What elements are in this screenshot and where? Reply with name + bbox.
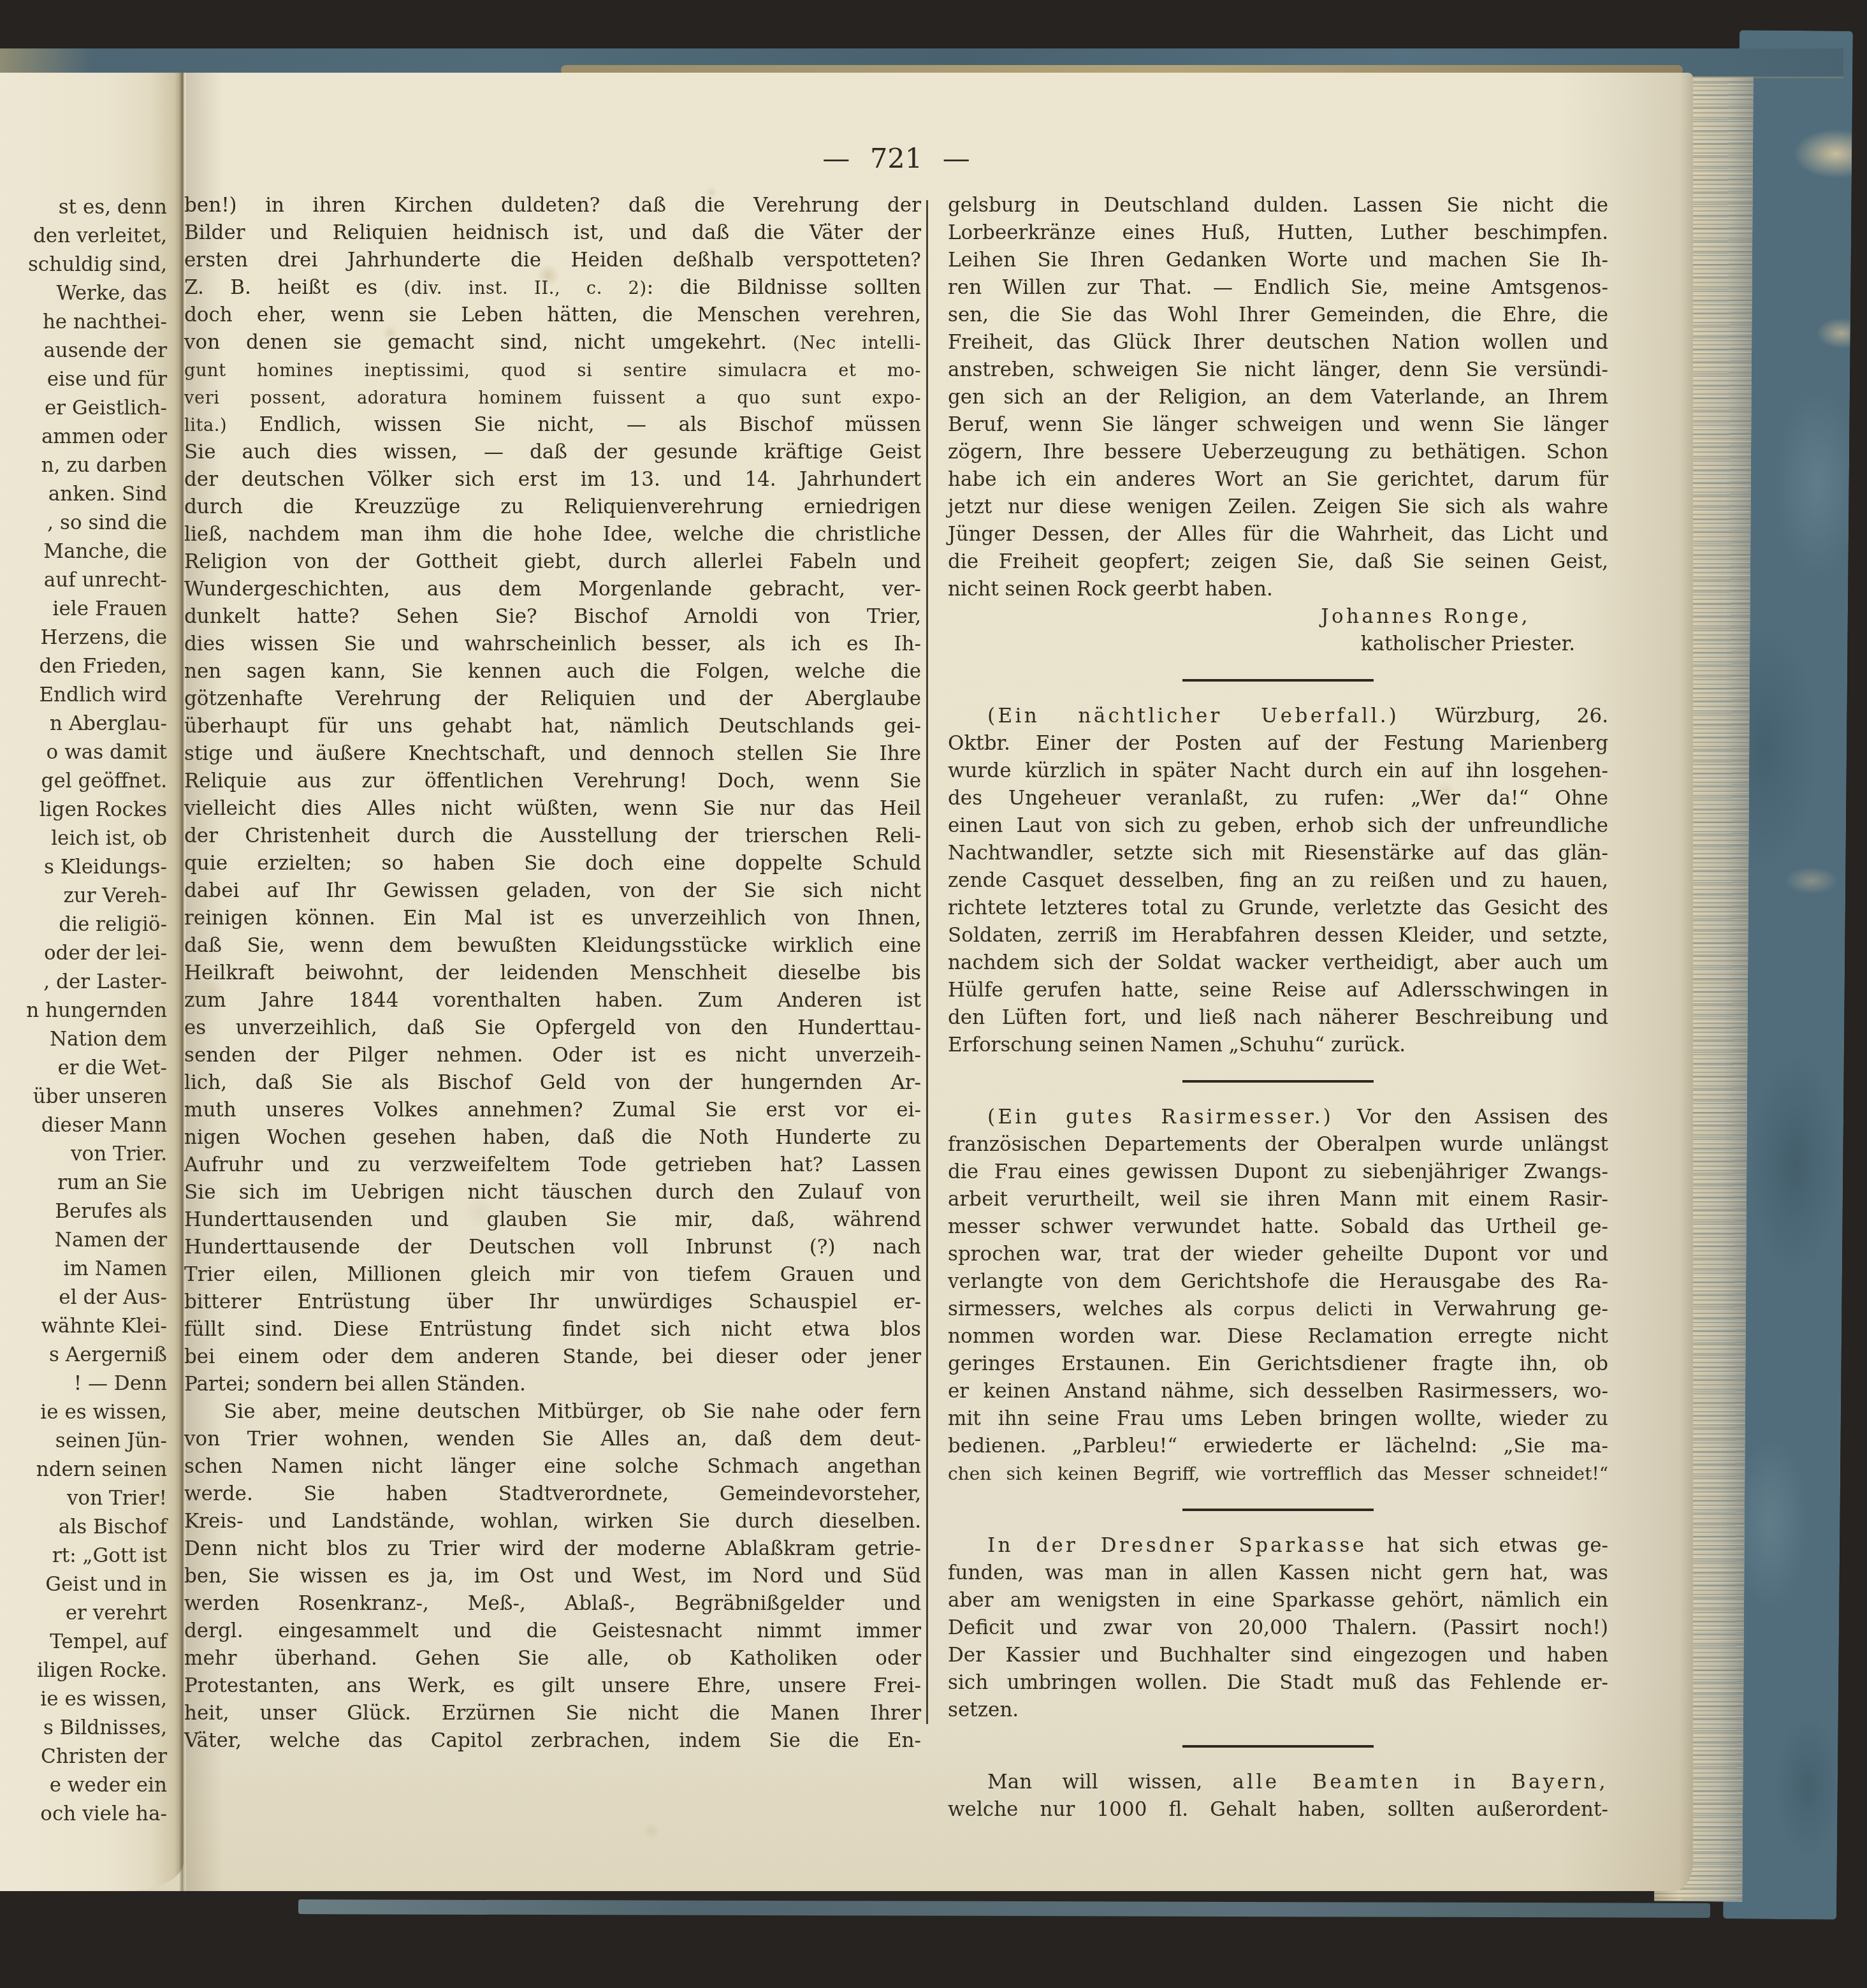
text-line: richtete letzteres total zu Grunde, verl… (948, 895, 1608, 922)
section-divider-rule (948, 1487, 1608, 1532)
text-segment: Man will wissen, (987, 1771, 1233, 1794)
divider-rule-mark (1182, 1745, 1374, 1748)
text-line: ben!) in ihren Kirchen duldeten? daß die… (184, 192, 921, 219)
facing-page-line-fragment: von Trier. (0, 1140, 167, 1169)
text-line: Soldaten, zerriß im Herabfahren dessen K… (948, 922, 1608, 949)
text-line: Leihen Sie Ihren Gedanken Worte und mach… (948, 247, 1608, 274)
facing-page-line-fragment: von Trier! (0, 1484, 167, 1513)
text-line: setzen. (948, 1697, 1608, 1724)
text-line: von Trier wohnen, wenden Sie Alles an, d… (184, 1426, 921, 1453)
text-line: Kreis- und Landstände, wohlan, wirken Si… (184, 1508, 921, 1535)
text-line: vielleicht dies Alles nicht wüßten, wenn… (184, 795, 921, 822)
text-line: Heilkraft beiwohnt, der leidenden Mensch… (184, 960, 921, 987)
text-line: Deficit und zwar von 20,000 Thalern. (Pa… (948, 1614, 1608, 1642)
text-line: geringes Erstaunen. Ein Gerichtsdiener f… (948, 1350, 1608, 1378)
facing-page-line-fragment: auf unrecht- (0, 566, 167, 595)
text-line: Protestanten, ans Werk, es gilt unsere E… (184, 1672, 921, 1700)
text-line: Hülfe gerufen hatte, seine Reise auf Adl… (948, 977, 1608, 1004)
section-divider-rule (948, 1059, 1608, 1104)
text-line: sirmessers, welches als corpus delicti i… (948, 1296, 1608, 1323)
facing-page-line-fragment: Namen der (0, 1226, 167, 1255)
column-divider-rule (926, 200, 928, 1724)
text-line: Reliquie aus zur öffentlichen Verehrung!… (184, 768, 921, 795)
facing-page-line-fragment: als Bischof (0, 1513, 167, 1542)
divider-rule-mark (1182, 1509, 1374, 1511)
text-line: dunkelt hatte? Sehen Sie? Bischof Arnold… (184, 603, 921, 631)
text-line: doch eher, wenn sie Leben hätten, die Me… (184, 302, 921, 329)
text-line: ließ, nachdem man ihm die hohe Idee, wel… (184, 521, 921, 548)
spaced-text-segment: In der Dresdner Sparkasse (987, 1534, 1367, 1557)
text-line: dies wissen Sie und wahrscheinlich besse… (184, 631, 921, 658)
text-line: es unverzeihlich, daß Sie Opfergeld von … (184, 1014, 921, 1042)
facing-page-line-fragment: Endlich wird (0, 681, 167, 710)
text-line: werde. Sie haben Stadtverordnete, Gemein… (184, 1480, 921, 1508)
facing-page-line-fragment: schuldig sind, (0, 251, 167, 279)
spaced-text-segment: alle Beamten in Bayern, (1233, 1771, 1609, 1794)
text-segment: : die Bildnisse sollten (647, 276, 921, 299)
text-line: sich umbringen wollen. Die Stadt muß das… (948, 1669, 1608, 1697)
text-segment: Z. B. heißt es (184, 276, 404, 299)
text-line: die Freiheit geopfert; zeigen Sie, daß S… (948, 548, 1608, 576)
text-line: In der Dresdner Sparkasse hat sich etwas… (948, 1532, 1608, 1560)
text-line: Sie auch dies wissen, — daß der gesunde … (184, 439, 921, 466)
text-segment: hat sich etwas ge- (1367, 1534, 1608, 1557)
facing-page-line-fragment: Christen der (0, 1743, 167, 1771)
text-line: von denen sie gemacht sind, nicht umgeke… (184, 329, 921, 356)
text-line: Jünger Dessen, der Alles für die Wahrhei… (948, 521, 1608, 548)
text-line: nigen Wochen gesehen haben, daß die Noth… (184, 1124, 921, 1151)
facing-page-line-fragment: über unseren (0, 1083, 167, 1111)
text-line: nen sagen kann, Sie kennen auch die Folg… (184, 658, 921, 685)
text-line: funden, was man in allen Kassen nicht ge… (948, 1560, 1608, 1587)
text-line: lita.) Endlich, wissen Sie nicht, — als … (184, 411, 921, 439)
text-line: Hunderttausenden und glauben Sie mir, da… (184, 1206, 921, 1234)
text-line: Erforschung seinen Namen „Schuhu“ zurück… (948, 1032, 1608, 1059)
facing-page-line-fragment: ndern seinen (0, 1456, 167, 1484)
text-line: nommen worden war. Diese Reclamation err… (948, 1323, 1608, 1350)
text-line: messer schwer verwundet hatte. Sobald da… (948, 1213, 1608, 1241)
text-line: gunt homines ineptissimi, quod si sentir… (184, 356, 921, 384)
text-line: welche nur 1000 fl. Gehalt haben, sollte… (948, 1796, 1608, 1824)
text-line: lich, daß Sie als Bischof Geld von der h… (184, 1069, 921, 1097)
facing-page-line-fragment: Geist und in (0, 1570, 167, 1599)
text-line: Johannes Ronge, (948, 603, 1608, 631)
spaced-text-segment: (Ein nächtlicher Ueberfall.) (987, 705, 1399, 727)
text-line: Oktbr. Einer der Posten auf der Festung … (948, 730, 1608, 757)
text-line: französischen Departements der Oberalpen… (948, 1131, 1608, 1158)
facing-page-line-fragment: iligen Rocke. (0, 1656, 167, 1685)
facing-page-line-fragment: im Namen (0, 1255, 167, 1283)
text-line: Wundergeschichten, aus dem Morgenlande g… (184, 576, 921, 603)
text-line: götzenhafte Verehrung der Reliquien und … (184, 685, 921, 713)
text-line: die Frau eines gewissen Dupont zu sieben… (948, 1158, 1608, 1186)
text-segment: in Verwahrung ge- (1373, 1297, 1608, 1320)
text-line: mehr überhand. Gehen Sie alle, ob Kathol… (184, 1645, 921, 1672)
text-line: habe ich ein anderes Wort an Sie gericht… (948, 466, 1608, 493)
facing-page-line-fragment: Berufes als (0, 1197, 167, 1226)
facing-page-line-fragment: Tempel, auf (0, 1628, 167, 1656)
facing-page-line-fragment: iele Frauen (0, 595, 167, 624)
section-divider-rule (948, 658, 1608, 703)
text-line: ben, Sie wissen es ja, im Ost und West, … (184, 1563, 921, 1590)
text-line: jetzt nur diese wenigen Zeilen. Zeigen S… (948, 493, 1608, 521)
divider-rule-mark (1182, 679, 1374, 682)
facing-page-line-fragment: o was damit (0, 738, 167, 767)
facing-page-line-fragment: er verehrt (0, 1599, 167, 1628)
text-line: dergl. eingesammelt und die Geistesnacht… (184, 1618, 921, 1645)
text-line: (Ein gutes Rasirmesser.) Vor den Assisen… (948, 1104, 1608, 1131)
latin-text-segment: corpus delicti (1233, 1300, 1373, 1320)
book-cover-bottom-edge (298, 1899, 1710, 1918)
facing-page-line-fragment: er Geistlich- (0, 394, 167, 423)
text-line: nicht seinen Rock geerbt haben. (948, 576, 1608, 603)
text-line: Aufruhr und zu verzweifeltem Tode getrie… (184, 1151, 921, 1179)
text-line: bedienen. „Parbleu!“ erwiederte er läche… (948, 1433, 1608, 1460)
text-line: katholischer Priester. (948, 631, 1608, 658)
text-line: Man will wissen, alle Beamten in Bayern, (948, 1769, 1608, 1796)
page-number: — 721 — (184, 143, 1608, 175)
text-line: dabei auf Ihr Gewissen geladen, von der … (184, 877, 921, 905)
latin-text-segment: (div. inst. II., c. 2) (404, 279, 647, 298)
facing-page-line-fragment: ammen oder (0, 423, 167, 451)
text-line: sprochen war, trat der wieder geheilte D… (948, 1241, 1608, 1268)
facing-page-line-fragment: Manche, die (0, 537, 167, 566)
facing-page-line-fragment: he nachthei- (0, 308, 167, 337)
text-line: reinigen können. Ein Mal ist es unverzei… (184, 905, 921, 932)
text-segment: Würzburg, 26. (1399, 705, 1608, 727)
facing-page-line-fragment: Nation dem (0, 1025, 167, 1054)
facing-page-line-fragment: s Kleidungs- (0, 853, 167, 882)
text-line: aber am wenigsten in eine Sparkasse gehö… (948, 1587, 1608, 1614)
facing-page-line-fragment: s Bildnisses, (0, 1714, 167, 1743)
facing-page-line-fragment: , so sind die (0, 509, 167, 537)
text-line: werden Rosenkranz-, Meß-, Ablaß-, Begräb… (184, 1590, 921, 1618)
facing-page-line-fragment: anken. Sind (0, 480, 167, 509)
spaced-text-segment: (Ein gutes Rasirmesser.) (987, 1106, 1333, 1129)
facing-page-line-fragment: n, zu darben (0, 451, 167, 480)
text-line: der Christenheit durch die Ausstellung d… (184, 822, 921, 850)
facing-page-line-fragment: gel geöffnet. (0, 767, 167, 796)
text-line: durch die Kreuzzüge zu Reliquienverehrun… (184, 493, 921, 521)
text-line: zum Jahre 1844 vorenthalten haben. Zum A… (184, 987, 921, 1014)
latin-text-segment: veri possent, adoratura hominem fuissent… (184, 388, 921, 408)
text-line: Trier eilen, Millionen gleich mir von ti… (184, 1261, 921, 1289)
facing-page-line-fragment: ie es wissen, (0, 1685, 167, 1714)
facing-page-line-fragment: leich ist, ob (0, 824, 167, 853)
text-line: wurde kürzlich in später Nacht durch ein… (948, 757, 1608, 785)
facing-page-line-fragment: dieser Mann (0, 1111, 167, 1140)
text-line: anstreben, schweigen Sie nicht länger, d… (948, 356, 1608, 384)
text-line: mit ihn seine Frau ums Leben bringen wol… (948, 1405, 1608, 1433)
text-line: den Lüften fort, und ließ nach näherer B… (948, 1004, 1608, 1032)
facing-page-line-fragment: zur Vereh- (0, 882, 167, 910)
text-line: bei einem oder dem anderen Stande, bei d… (184, 1343, 921, 1371)
text-line: heit, unser Glück. Erzürnen Sie nicht di… (184, 1700, 921, 1727)
latin-text-segment: lita.) (184, 416, 227, 435)
text-segment: Vor den Assisen des (1333, 1106, 1608, 1129)
text-line: Hunderttausende der Deutschen voll Inbru… (184, 1234, 921, 1261)
left-text-column: ben!) in ihren Kirchen duldeten? daß die… (184, 192, 921, 1755)
text-line: des Ungeheuer veranlaßt, zu rufen: „Wer … (948, 785, 1608, 812)
text-line: sen, die Sie das Wohl Ihrer Gemeinden, d… (948, 302, 1608, 329)
text-line: zende Casquet desselben, fing an zu reiß… (948, 867, 1608, 895)
text-line: bitterer Entrüstung über Ihr unwürdiges … (184, 1289, 921, 1316)
facing-page-line-fragment: seinen Jün- (0, 1427, 167, 1456)
text-line: ersten drei Jahrhunderte die Heiden deßh… (184, 247, 921, 274)
latin-text-segment: gunt homines ineptissimi, quod si sentir… (184, 361, 921, 381)
facing-page-line-fragment: ie es wissen, (0, 1398, 167, 1427)
text-line: Z. B. heißt es (div. inst. II., c. 2): d… (184, 274, 921, 302)
text-line: Freiheit, das Glück Ihrer deutschen Nati… (948, 329, 1608, 356)
text-line: gen sich an der Religion, an dem Vaterla… (948, 384, 1608, 411)
text-line: (Ein nächtlicher Ueberfall.) Würzburg, 2… (948, 703, 1608, 730)
spaced-text-segment: Johannes Ronge, (1321, 605, 1530, 628)
text-line: Der Kassier und Buchhalter sind eingezog… (948, 1642, 1608, 1669)
facing-page-line-fragment: wähnte Klei- (0, 1312, 167, 1341)
facing-page-line-fragment: ligen Rockes (0, 796, 167, 824)
facing-page-line-fragment: ausende der (0, 337, 167, 365)
text-line: Sie sich im Uebrigen nicht täuschen durc… (184, 1179, 921, 1206)
facing-page-line-fragment: n Aberglau- (0, 710, 167, 738)
facing-page-line-fragment: ! — Denn (0, 1370, 167, 1398)
facing-page-line-fragment: st es, denn (0, 193, 167, 222)
text-line: Denn nicht blos zu Trier wird der modern… (184, 1535, 921, 1563)
facing-page-line-fragment: el der Aus- (0, 1283, 167, 1312)
text-line: der deutschen Völker sich erst im 13. un… (184, 466, 921, 493)
facing-page-line-fragment: n hungernden (0, 997, 167, 1025)
facing-page-line-fragment: Werke, das (0, 279, 167, 308)
text-line: zögern, Ihre bessere Ueberzeugung zu bet… (948, 439, 1608, 466)
text-line: arbeit verurtheilt, weil sie ihren Mann … (948, 1186, 1608, 1213)
facing-page-line-fragment: rum an Sie (0, 1169, 167, 1197)
right-text-column: gelsburg in Deutschland dulden. Lassen S… (948, 192, 1608, 1824)
facing-page-line-fragment: och viele ha- (0, 1800, 167, 1829)
section-divider-rule (948, 1724, 1608, 1769)
text-line: chen sich keinen Begriff, wie vortreffli… (948, 1460, 1608, 1487)
text-line: gelsburg in Deutschland dulden. Lassen S… (948, 192, 1608, 219)
text-line: veri possent, adoratura hominem fuissent… (184, 384, 921, 411)
facing-page-line-fragment: den Frieden, (0, 652, 167, 681)
text-line: Partei; sondern bei allen Ständen. (184, 1371, 921, 1398)
facing-page-line-fragment: den verleitet, (0, 222, 167, 251)
text-line: Väter, welche das Capitol zerbrachen, in… (184, 1727, 921, 1755)
text-line: daß Sie, wenn dem bewußten Kleidungsstüc… (184, 932, 921, 960)
book-scan: — 721 — st es, dennden verleitet,schuldi… (0, 0, 1867, 1988)
facing-page-line-fragment: er die Wet- (0, 1054, 167, 1083)
facing-page-line-fragment: rt: „Gott ist (0, 1542, 167, 1570)
text-line: schen Namen nicht länger eine solche Sch… (184, 1453, 921, 1480)
text-line: nachdem sich der Soldat wacker vertheidi… (948, 949, 1608, 977)
text-line: stige und äußere Knechtschaft, und denno… (184, 740, 921, 768)
text-line: quie erzielten; so haben Sie doch eine d… (184, 850, 921, 877)
facing-page-line-fragment: eise und für (0, 365, 167, 394)
text-line: einen Laut von sich zu geben, erhob sich… (948, 812, 1608, 840)
text-line: er keinen Anstand nähme, sich desselben … (948, 1378, 1608, 1405)
text-line: senden der Pilger nehmen. Oder ist es ni… (184, 1042, 921, 1069)
facing-page-line-fragment: , der Laster- (0, 968, 167, 997)
text-line: Bilder und Reliquien heidnisch ist, und … (184, 219, 921, 247)
text-segment: sirmessers, welches als (948, 1297, 1233, 1320)
divider-rule-mark (1182, 1080, 1374, 1083)
latin-text-segment: (Nec intelli- (793, 333, 921, 353)
facing-page-line-fragment: e weder ein (0, 1771, 167, 1800)
facing-page-line-fragment: s Aergerniß (0, 1341, 167, 1370)
text-line: Nachtwandler, setzte sich mit Riesenstär… (948, 840, 1608, 867)
facing-page-text-fragments: st es, dennden verleitet,schuldig sind,W… (0, 193, 167, 1829)
text-segment: Endlich, wissen Sie nicht, — als Bischof… (227, 413, 921, 436)
text-line: Religion von der Gottheit giebt, durch a… (184, 548, 921, 576)
text-line: Lorbeerkränze eines Huß, Hutten, Luther … (948, 219, 1608, 247)
facing-page-line-fragment: oder der lei- (0, 939, 167, 968)
text-line: Beruf, wenn Sie länger schweigen und wen… (948, 411, 1608, 439)
facing-page-line-fragment: die religiö- (0, 910, 167, 939)
text-line: füllt sind. Diese Entrüstung findet sich… (184, 1316, 921, 1343)
text-line: Sie aber, meine deutschen Mitbürger, ob … (184, 1398, 921, 1426)
text-line: muth unseres Volkes annehmen? Zumal Sie … (184, 1097, 921, 1124)
text-line: verlangte von dem Gerichtshofe die Herau… (948, 1268, 1608, 1296)
text-line: überhaupt für uns gehabt hat, nämlich De… (184, 713, 921, 740)
text-line: ren Willen zur That. — Endlich Sie, mein… (948, 274, 1608, 302)
text-segment: von denen sie gemacht sind, nicht umgeke… (184, 331, 793, 354)
facing-page-line-fragment: Herzens, die (0, 624, 167, 652)
